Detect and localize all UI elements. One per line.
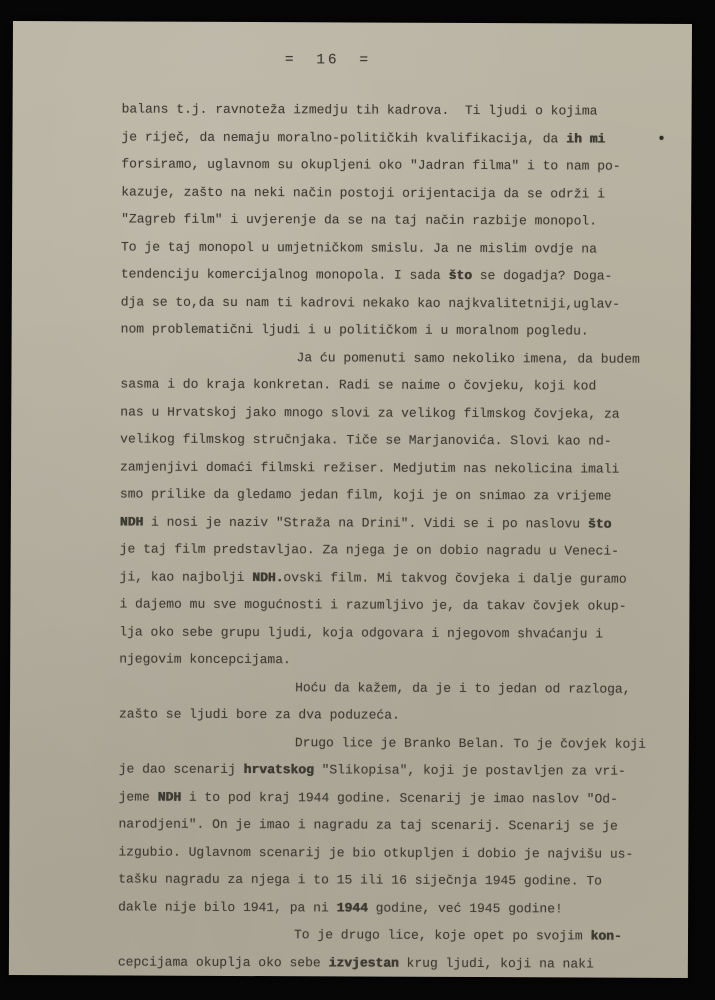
text-line: velikog filmskog stručnjaka. Tiče se Mar…	[120, 425, 680, 455]
typed-text: godine, već 1945 godine!	[368, 900, 563, 916]
text-line: smo prilike da gledamo jedan film, koji …	[120, 480, 680, 510]
typed-text: tašku nagradu za njega i to 15 ili 16 si…	[118, 871, 602, 888]
typed-text: lja oko sebe grupu ljudi, koja odgovara …	[119, 624, 603, 641]
typed-text: smo prilike da gledamo jedan film, koji …	[120, 486, 612, 503]
text-line: Drugo lice je Branko Belan. To je čovjek…	[119, 728, 679, 758]
typed-text: i nosi je naziv "Straža na Drini". Vidi …	[143, 514, 588, 531]
text-line: dakle nije bilo 1941, pa ni 1944 godine,…	[118, 893, 678, 923]
typed-text: ji, kao najbolji	[120, 569, 253, 585]
text-line: zašto se ljudi bore za dva poduzeća.	[119, 700, 679, 730]
typed-text: Drugo lice je Branko Belan. To je čovjek…	[295, 735, 646, 752]
overstruck-text: ih mi	[566, 131, 605, 146]
text-line: i dajemo mu sve mogućnosti i razumljivo …	[119, 590, 679, 620]
typed-text: i dajemo mu sve mogućnosti i razumljivo …	[119, 596, 626, 613]
typed-text: krug ljudi, koji na naki	[399, 955, 594, 971]
text-line: nom problematični ljudi i u političkom i…	[121, 315, 681, 345]
text-line: Ja ću pomenuti samo nekoliko imena, da b…	[120, 343, 680, 373]
typed-text: "Zagreb film" i uvjerenje da se na taj n…	[121, 211, 597, 228]
text-line: tašku nagradu za njega i to 15 ili 16 si…	[118, 865, 678, 895]
text-line: "Zagreb film" i uvjerenje da se na taj n…	[121, 205, 681, 235]
overstruck-text: NDH	[120, 514, 143, 529]
text-line: To je drugo lice, koje opet po svojim ko…	[118, 920, 678, 950]
typed-text: zamjenjivi domaći filmski režiser. Medju…	[120, 459, 619, 476]
text-line: je dao scenarij hrvatskog "Slikopisa", k…	[119, 755, 679, 785]
text-line: je taj film predstavljao. Za njega je on…	[120, 535, 680, 565]
typed-text: ovski film. Mi takvog čovjeka i dalje gu…	[283, 570, 626, 586]
document-page: = 16 = balans t.j. ravnoteža izmedju tih…	[9, 21, 692, 978]
text-line: cepcijama okuplja oko sebe izvjestan kru…	[118, 948, 678, 978]
typed-text: forsiramo, uglavnom su okupljeni oko "Ja…	[121, 156, 620, 173]
text-line: Hoću da kažem, da je i to jedan od razlo…	[119, 673, 679, 703]
text-line: lja oko sebe grupu ljudi, koja odgovara …	[119, 618, 679, 648]
typed-text: zašto se ljudi bore za dva poduzeća.	[119, 706, 400, 722]
overstruck-text: NDH.	[252, 570, 283, 585]
typed-text: je dao scenarij	[119, 761, 244, 777]
overstruck-text: izvjestan	[329, 955, 399, 970]
overstruck-text: NDH	[158, 789, 181, 804]
page-number: = 16 =	[285, 52, 371, 68]
text-line: sasma i do kraja konkretan. Radi se naim…	[120, 370, 680, 400]
typed-text: To je drugo lice, koje opet po svojim	[294, 927, 591, 943]
typed-text: i to pod kraj 1944 godine. Scenarij je i…	[181, 789, 618, 806]
text-line: ji, kao najbolji NDH.ovski film. Mi takv…	[120, 563, 680, 593]
text-line: To je taj monopol u umjetničkom smislu. …	[121, 233, 681, 263]
typed-text: nom problematični ljudi i u političkom i…	[121, 321, 589, 338]
text-line: narodjeni". On je imao i nagradu za taj …	[118, 810, 678, 840]
typed-text: izgubio. Uglavnom scenarij je bio otkupl…	[118, 844, 633, 861]
typed-text: To je taj monopol u umjetničkom smislu. …	[121, 239, 597, 256]
scan-background: = 16 = balans t.j. ravnoteža izmedju tih…	[0, 0, 715, 1000]
text-line: njegovim koncepcijama.	[119, 645, 679, 675]
text-line: tendenciju komercijalnog monopola. I sad…	[121, 260, 681, 290]
overstruck-text: hrvatskog	[244, 762, 314, 777]
ink-speck	[659, 136, 663, 140]
typed-text: dja se to,da su nam ti kadrovi nekako ka…	[121, 294, 620, 311]
typed-text: "Slikopisa", koji je postavljen za vri-	[314, 762, 626, 778]
typed-text: balans t.j. ravnoteža izmedju tih kadrov…	[122, 101, 598, 118]
typed-text: je riječ, da nemaju moralno-političkih k…	[121, 129, 566, 146]
text-body: balans t.j. ravnoteža izmedju tih kadrov…	[118, 95, 682, 977]
typed-text: dakle nije bilo 1941, pa ni	[118, 899, 337, 915]
text-line: dja se to,da su nam ti kadrovi nekako ka…	[121, 288, 681, 318]
typed-text: sasma i do kraja konkretan. Radi se naim…	[120, 376, 596, 393]
typed-text: nas u Hrvatskoj jako mnogo slovi za veli…	[120, 404, 619, 421]
typed-text: Ja ću pomenuti samo nekoliko imena, da b…	[297, 350, 640, 366]
text-line: izgubio. Uglavnom scenarij je bio otkupl…	[118, 838, 678, 868]
typed-text: je taj film predstavljao. Za njega je on…	[120, 541, 619, 558]
typed-text: tendenciju komercijalnog monopola. I sad…	[121, 266, 449, 282]
overstruck-text: što	[449, 268, 472, 283]
typed-text: se dogadja? Doga-	[472, 268, 613, 284]
text-line: kazuje, zašto na neki način postoji orij…	[121, 178, 681, 208]
overstruck-text: kon-	[590, 929, 621, 944]
overstruck-text: 1944	[337, 900, 368, 915]
typed-text: jeme	[119, 789, 158, 804]
text-line: jeme NDH i to pod kraj 1944 godine. Scen…	[119, 783, 679, 813]
text-line: forsiramo, uglavnom su okupljeni oko "Ja…	[121, 150, 681, 180]
text-line: zamjenjivi domaći filmski režiser. Medju…	[120, 453, 680, 483]
text-line: nas u Hrvatskoj jako mnogo slovi za veli…	[120, 398, 680, 428]
overstruck-text: što	[588, 516, 611, 531]
text-line: NDH i nosi je naziv "Straža na Drini". V…	[120, 508, 680, 538]
text-line: balans t.j. ravnoteža izmedju tih kadrov…	[122, 95, 682, 125]
typed-text: cepcijama okuplja oko sebe	[118, 954, 329, 970]
typed-text: velikog filmskog stručnjaka. Tiče se Mar…	[120, 431, 612, 448]
typed-text: narodjeni". On je imao i nagradu za taj …	[118, 816, 617, 833]
typed-text: njegovim koncepcijama.	[119, 651, 291, 667]
text-line: je riječ, da nemaju moralno-političkih k…	[121, 123, 681, 153]
typed-text: kazuje, zašto na neki način postoji orij…	[121, 184, 605, 201]
typed-text: Hoću da kažem, da je i to jedan od razlo…	[295, 680, 631, 696]
